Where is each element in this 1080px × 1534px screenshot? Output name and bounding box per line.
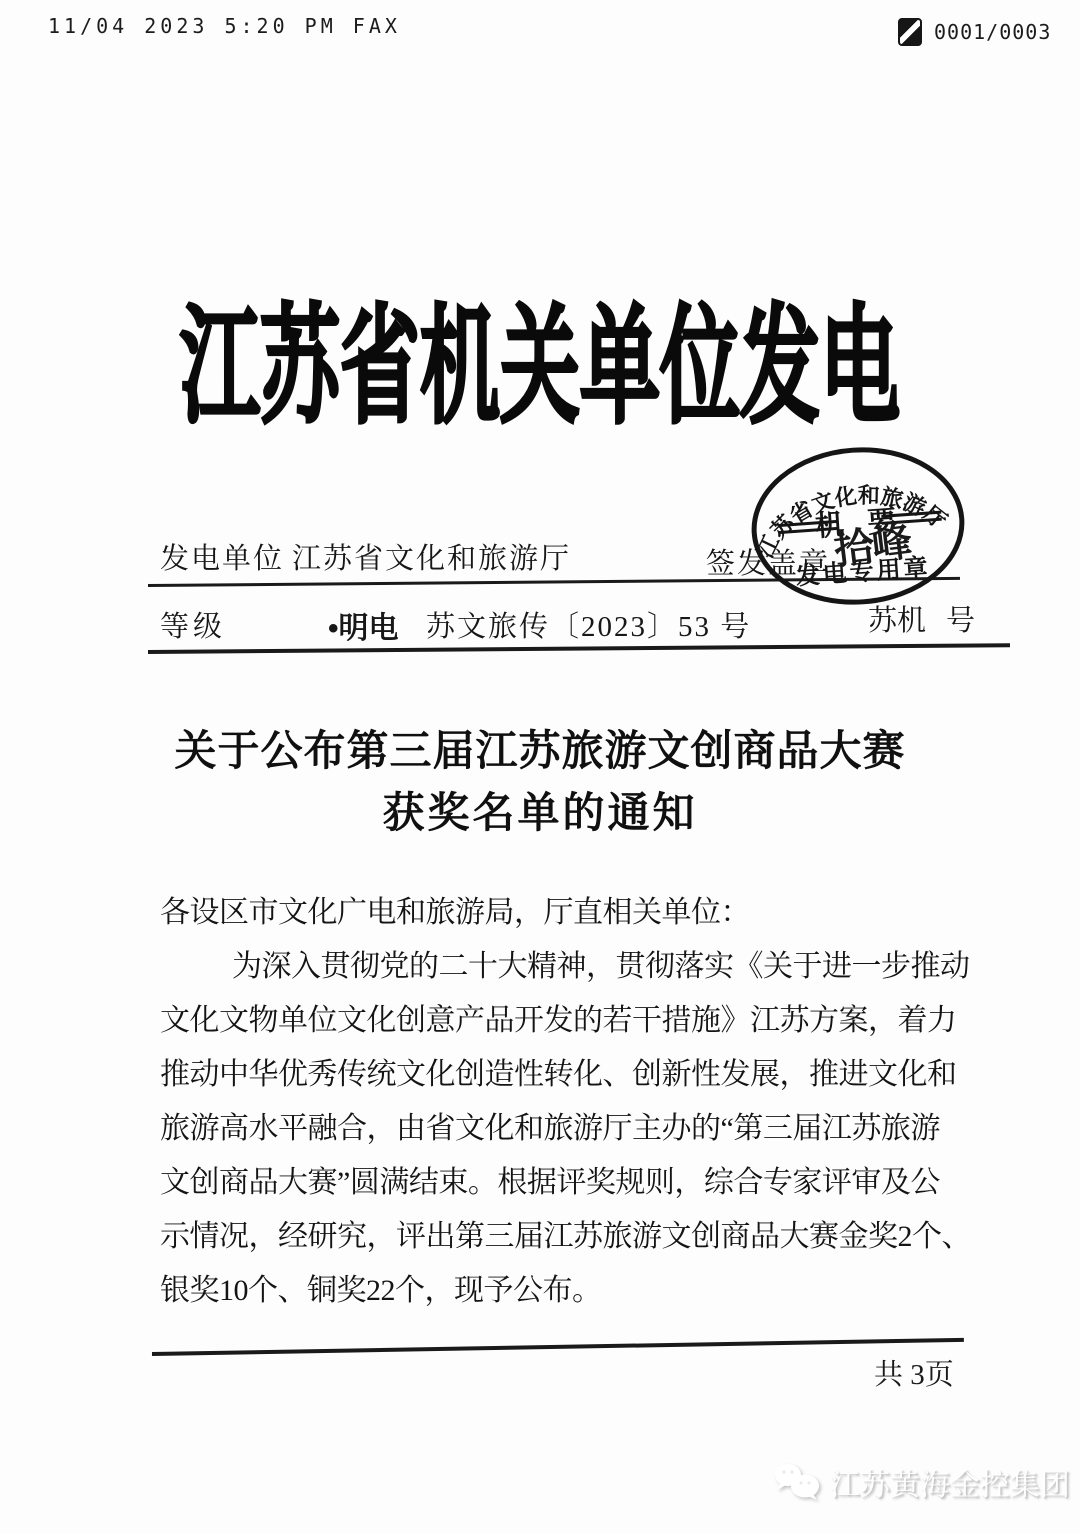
fax-page-counter-group: 0001/0003: [898, 18, 1051, 46]
handwritten-signature: 拾峰: [832, 519, 915, 573]
page-count: 共 3页: [874, 1352, 954, 1393]
sender-label: 发电单位: [160, 536, 284, 577]
body-line: 文化文物单位文化创意产品开发的若干措施》江苏方案，着力: [160, 994, 960, 1048]
document-title-line2: 获奖名单的通知: [0, 780, 1080, 840]
wechat-icon: [772, 1461, 822, 1503]
body-line: 旅游高水平融合，由省文化和旅游厅主办的“第三届江苏旅游: [160, 1102, 960, 1156]
body-line: 为深入贯彻党的二十大精神，贯彻落实《关于进一步推动: [160, 940, 960, 994]
fax-timestamp: 11/04 2023 5:20 PM FAX: [48, 14, 401, 38]
fax-document-page: 11/04 2023 5:20 PM FAX 0001/0003 江苏省机关单位…: [0, 0, 1080, 1534]
footer-divider: [152, 1338, 964, 1356]
grade-label: 等级: [160, 604, 226, 645]
body-line: 文创商品大赛”圆满结束。根据评奖规则，综合专家评审及公: [160, 1156, 960, 1210]
body-line: 示情况，经研究，评出第三届江苏旅游文创商品大赛金奖2个、: [160, 1210, 960, 1264]
fax-page-icon: [898, 18, 922, 46]
watermark: 江苏黄海金控集团: [772, 1460, 1070, 1504]
official-stamp: 江苏省文化和旅游厅 机 要 发电专用章 拾峰: [742, 438, 982, 618]
document-body: 各设区市文化广电和旅游局，厅直相关单位： 为深入贯彻党的二十大精神，贯彻落实《关…: [160, 886, 960, 1318]
document-title-line1: 关于公布第三届江苏旅游文创商品大赛: [0, 718, 1080, 778]
watermark-text: 江苏黄海金控集团: [830, 1460, 1070, 1504]
masthead-title: 江苏省机关单位发电: [180, 300, 900, 438]
fax-page-counter: 0001/0003: [934, 20, 1051, 44]
doc-number: 苏文旅传〔2023〕53 号: [426, 604, 751, 645]
masthead: 江苏省机关单位发电: [0, 300, 1080, 450]
grade-value: •明电: [328, 603, 399, 647]
body-line: 推动中华优秀传统文化创造性转化、创新性发展，推进文化和: [160, 1048, 960, 1102]
sender-value: 江苏省文化和旅游厅: [292, 536, 571, 577]
salutation: 各设区市文化广电和旅游局，厅直相关单位：: [160, 886, 960, 940]
body-line: 银奖10个、铜奖22个，现予公布。: [160, 1264, 960, 1318]
stamp-graphic: 江苏省文化和旅游厅 机 要 发电专用章 拾峰: [742, 438, 982, 618]
